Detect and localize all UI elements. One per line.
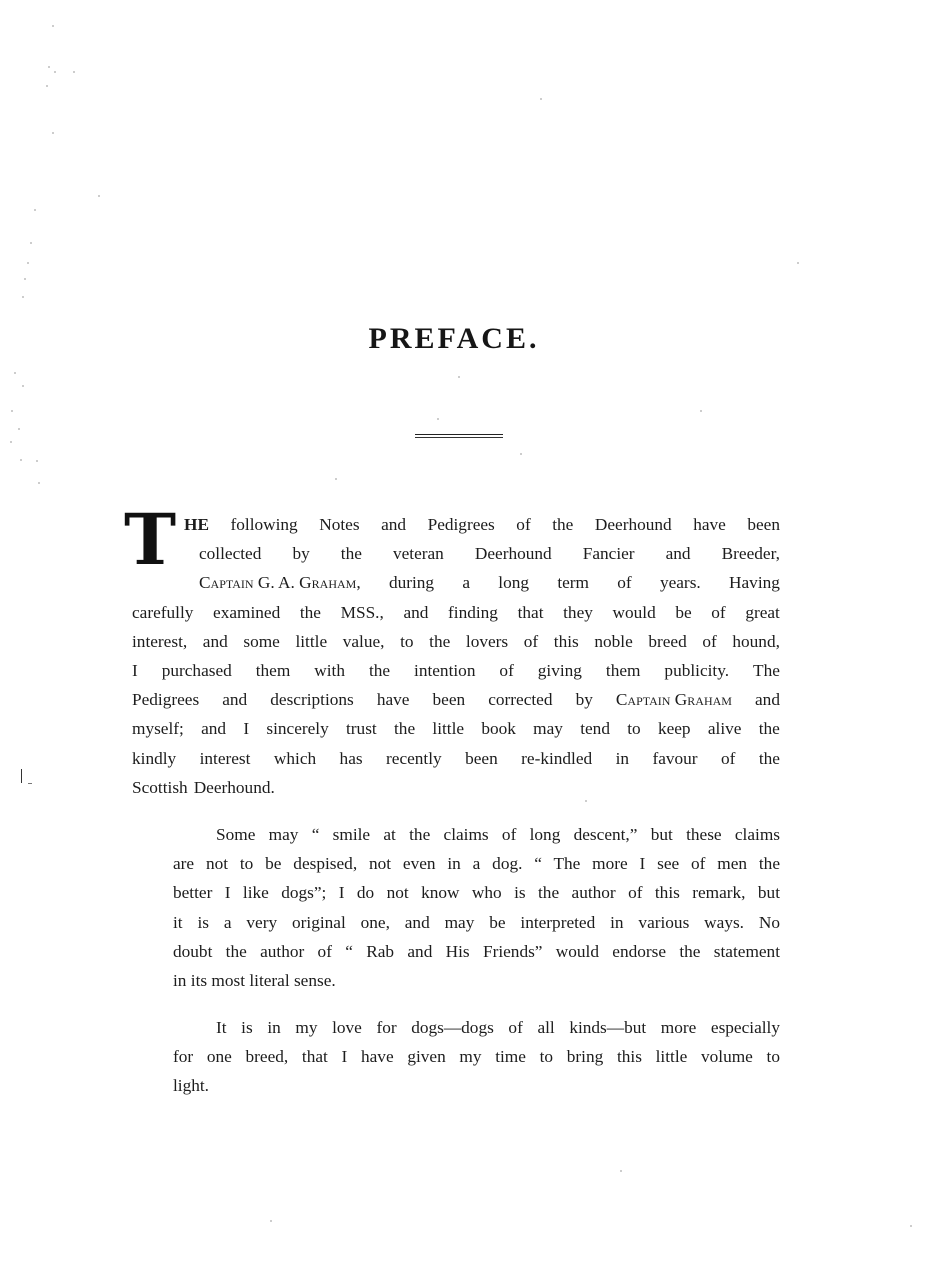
text-line: kindly interest which has recently been … [132,744,780,773]
page-title: PREFACE. [0,322,908,356]
text-line: light. [132,1071,780,1100]
text-line: Captain G. A. Graham, during a long term… [132,568,780,597]
text-line: for one breed, that I have given my time… [132,1042,780,1071]
author-name: Captain G. A. Graham, [199,568,361,597]
scanned-page: PREFACE. T HE following Notes and Pedigr… [0,0,948,1265]
text-line: Pedigrees and descriptions have been cor… [132,685,780,714]
text-line: are not to be despised, not even in a do… [132,849,780,878]
text-line: Some may “ smile at the claims of long d… [132,820,780,849]
text-line: it is a very original one, and may be in… [132,908,780,937]
title-double-rule [415,434,503,439]
text-line: collected by the veteran Deerhound Fanci… [132,539,780,568]
text-line: carefully examined the MSS., and finding… [132,598,780,627]
author-name: Captain Graham [616,685,732,714]
paragraph-3: It is in my love for dogs—dogs of all ki… [132,1013,780,1101]
scan-margin-mark [21,769,22,783]
text-line: in its most literal sense. [132,966,780,995]
text-line: interest, and some little value, to the … [132,627,780,656]
text-line: doubt the author of “ Rab and His Friend… [132,937,780,966]
text-line: myself; and I sincerely trust the little… [132,714,780,743]
scan-margin-dot [28,783,32,784]
text-line: I purchased them with the intention of g… [132,656,780,685]
paragraph-2: Some may “ smile at the claims of long d… [132,820,780,995]
text-line: better I like dogs”; I do not know who i… [132,878,780,907]
text-line: Scottish Deerhound. [132,773,780,802]
text-line: It is in my love for dogs—dogs of all ki… [132,1013,780,1042]
text-line: HE following Notes and Pedigrees of the … [132,510,780,539]
paragraph-1: HE following Notes and Pedigrees of the … [132,510,780,802]
